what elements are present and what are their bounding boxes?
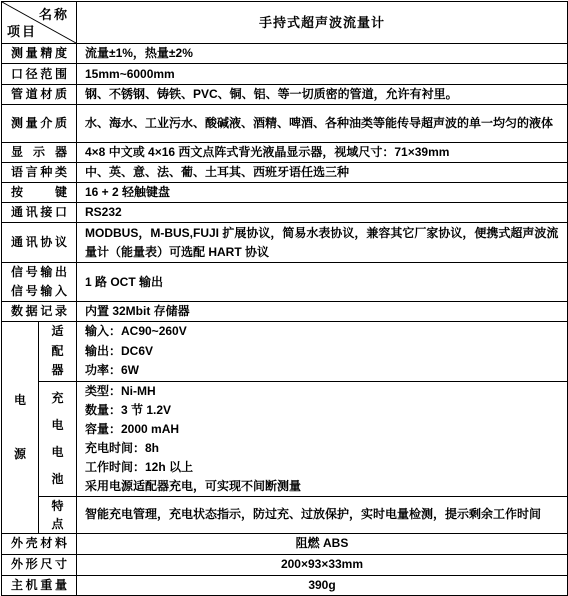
table-row: 主机重量 390g <box>2 575 568 595</box>
table-row: 信号输出 信号输入 1 路 OCT 输出 <box>2 263 568 302</box>
row-value: 1 路 OCT 输出 <box>77 263 568 302</box>
table-row: 外壳材料 阻燃 ABS <box>2 533 568 554</box>
spec-table: 名称 项目 手持式超声波流量计 测量精度 流量±1%，热量±2% 口径范围 15… <box>1 1 568 596</box>
row-label: 通讯协议 <box>2 223 77 263</box>
table-row: 显示器 4×8 中文或 4×16 西文点阵式背光液晶显示器，视域尺寸：71×39… <box>2 143 568 163</box>
row-label: 口径范围 <box>2 64 77 85</box>
row-value: 390g <box>77 575 568 595</box>
row-value: 阻燃 ABS <box>77 533 568 554</box>
table-row-power-adapter: 电源 适配器 输入：AC90~260V 输出：DC6V 功率：6W <box>2 322 568 382</box>
row-label: 外形尺寸 <box>2 554 77 575</box>
row-label: 管道材质 <box>2 85 77 105</box>
row-value: 16 + 2 轻触键盘 <box>77 183 568 203</box>
table-row: 通讯接口 RS232 <box>2 203 568 223</box>
row-value: 200×93×33mm <box>77 554 568 575</box>
row-label: 数据记录 <box>2 302 77 322</box>
row-label: 主机重量 <box>2 575 77 595</box>
power-sub-label-text: 适配器 <box>52 322 64 381</box>
header-row: 名称 项目 手持式超声波流量计 <box>2 2 568 44</box>
spec-sheet-page: 名称 项目 手持式超声波流量计 测量精度 流量±1%，热量±2% 口径范围 15… <box>0 0 568 585</box>
table-row: 按键 16 + 2 轻触键盘 <box>2 183 568 203</box>
table-row: 测量精度 流量±1%，热量±2% <box>2 44 568 64</box>
power-sub-label: 适配器 <box>39 322 77 382</box>
power-section-label: 电源 <box>2 322 39 534</box>
row-label: 显示器 <box>2 143 77 163</box>
table-row-power-features: 特点 智能充电管理，充电状态指示，防过充、过放保护，实时电量检测，提示剩余工作时… <box>2 496 568 533</box>
row-value: RS232 <box>77 203 568 223</box>
row-label: 语言种类 <box>2 163 77 183</box>
row-value: MODBUS，M-BUS,FUJI 扩展协议，简易水表协议，兼容其它厂家协议，便… <box>77 223 568 263</box>
row-label: 测量精度 <box>2 44 77 64</box>
power-sub-value: 类型：Ni-MH 数量：3 节 1.2V 容量：2000 mAH 充电时间：8h… <box>77 381 568 496</box>
row-value: 钢、不锈钢、铸铁、PVC、铜、铝、等一切质密的管道，允许有衬里。 <box>77 85 568 105</box>
table-row: 管道材质 钢、不锈钢、铸铁、PVC、铜、铝、等一切质密的管道，允许有衬里。 <box>2 85 568 105</box>
row-label: 测量介质 <box>2 105 77 143</box>
row-value: 流量±1%，热量±2% <box>77 44 568 64</box>
table-row: 外形尺寸 200×93×33mm <box>2 554 568 575</box>
row-value: 4×8 中文或 4×16 西文点阵式背光液晶显示器，视域尺寸：71×39mm <box>77 143 568 163</box>
power-sub-label: 特点 <box>39 496 77 533</box>
table-row: 口径范围 15mm~6000mm <box>2 64 568 85</box>
row-label: 通讯接口 <box>2 203 77 223</box>
row-value: 水、海水、工业污水、酸碱液、酒精、啤酒、各种油类等能传导超声波的单一均匀的液体 <box>77 105 568 143</box>
power-sub-value: 输入：AC90~260V 输出：DC6V 功率：6W <box>77 322 568 382</box>
row-value: 内置 32Mbit 存储器 <box>77 302 568 322</box>
row-label: 信号输出 信号输入 <box>2 263 77 302</box>
corner-label-name: 名称 <box>39 5 69 24</box>
power-sub-value: 智能充电管理，充电状态指示，防过充、过放保护，实时电量检测，提示剩余工作时间 <box>77 496 568 533</box>
table-row: 测量介质 水、海水、工业污水、酸碱液、酒精、啤酒、各种油类等能传导超声波的单一均… <box>2 105 568 143</box>
product-title: 手持式超声波流量计 <box>77 2 568 44</box>
row-label: 外壳材料 <box>2 533 77 554</box>
table-row: 语言种类 中、英、意、法、葡、土耳其、西班牙语任选三种 <box>2 163 568 183</box>
row-value: 15mm~6000mm <box>77 64 568 85</box>
table-row-power-battery: 充电电池 类型：Ni-MH 数量：3 节 1.2V 容量：2000 mAH 充电… <box>2 381 568 496</box>
corner-header-cell: 名称 项目 <box>2 2 77 44</box>
table-row: 通讯协议 MODBUS，M-BUS,FUJI 扩展协议，简易水表协议，兼容其它厂… <box>2 223 568 263</box>
table-row: 数据记录 内置 32Mbit 存储器 <box>2 302 568 322</box>
corner-label-item: 项目 <box>7 22 37 41</box>
power-sub-label-text: 特点 <box>52 497 64 533</box>
row-value: 中、英、意、法、葡、土耳其、西班牙语任选三种 <box>77 163 568 183</box>
row-label: 按键 <box>2 183 77 203</box>
power-label-text: 电源 <box>14 373 26 481</box>
power-sub-label-text: 充电电池 <box>52 385 64 493</box>
power-sub-label: 充电电池 <box>39 381 77 496</box>
